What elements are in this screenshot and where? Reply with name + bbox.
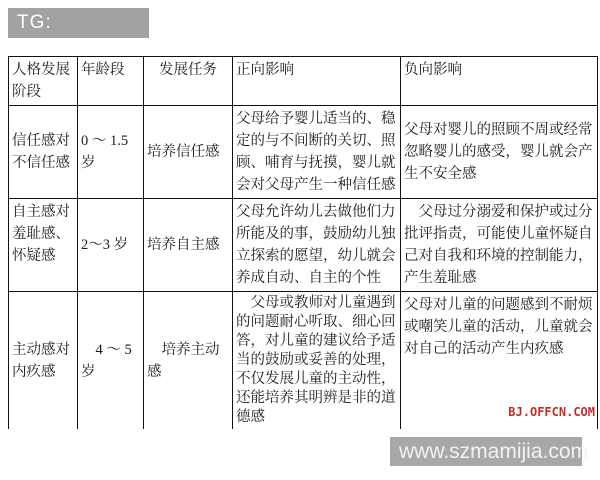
cell-stage: 信任感对不信任感: [9, 106, 78, 199]
table-row-autonomy: 自主感对羞耻感、怀疑感 2～3 岁 培养自主感 父母允许幼儿去做他们力所能及的事…: [9, 199, 598, 292]
cell-negative: 父母过分溺爱和保护或过分批评指责，可能使儿童怀疑自己对自我和环境的控制能力，产生…: [401, 199, 598, 292]
cell-positive: 父母允许幼儿去做他们力所能及的事，鼓励幼儿独立探索的愿望，幼儿就会养成自动、自主…: [233, 199, 401, 292]
col-header-positive: 正向影响: [233, 57, 401, 106]
col-header-task: 发展任务: [144, 57, 233, 106]
col-header-negative: 负向影响: [401, 57, 598, 106]
cell-age: 2～3 岁: [78, 199, 144, 292]
cell-stage: 主动感对内疚感: [9, 292, 78, 430]
cell-age: 4 ～ 5 岁: [78, 292, 144, 430]
tg-badge: TG: MYYJJPP: [8, 8, 149, 38]
cell-positive: 父母或教师对儿童遇到的问题耐心听取、细心回答，对儿童的建议给予适当的鼓励或妥善的…: [233, 292, 401, 430]
col-header-age: 年龄段: [78, 57, 144, 106]
header-row: 人格发展阶段 年龄段 发展任务 正向影响 负向影响: [9, 57, 598, 106]
offcn-watermark: BJ.OFFCN.COM: [508, 405, 595, 419]
cell-task: 培养主动感: [144, 292, 233, 430]
table-row-trust: 信任感对不信任感 0 ～ 1.5 岁 培养信任感 父母给予婴儿适当的、稳定的与不…: [9, 106, 598, 199]
cell-task: 培养信任感: [144, 106, 233, 199]
development-table-container: 人格发展阶段 年龄段 发展任务 正向影响 负向影响 信任感对不信任感 0 ～ 1…: [8, 56, 598, 429]
cell-negative: 父母对婴儿的照顾不周或经常忽略婴儿的感受，婴儿就会产生不安全感: [401, 106, 598, 199]
cell-positive: 父母给予婴儿适当的、稳定的与不间断的关切、照顾、哺育与抚摸，婴儿就会对父母产生一…: [233, 106, 401, 199]
cell-stage: 自主感对羞耻感、怀疑感: [9, 199, 78, 292]
col-header-stage: 人格发展阶段: [9, 57, 78, 106]
personality-development-table: 人格发展阶段 年龄段 发展任务 正向影响 负向影响 信任感对不信任感 0 ～ 1…: [8, 56, 598, 429]
cell-task: 培养自主感: [144, 199, 233, 292]
cell-age: 0 ～ 1.5 岁: [78, 106, 144, 199]
szmamijia-watermark: www.szmamijia.com: [390, 437, 582, 466]
